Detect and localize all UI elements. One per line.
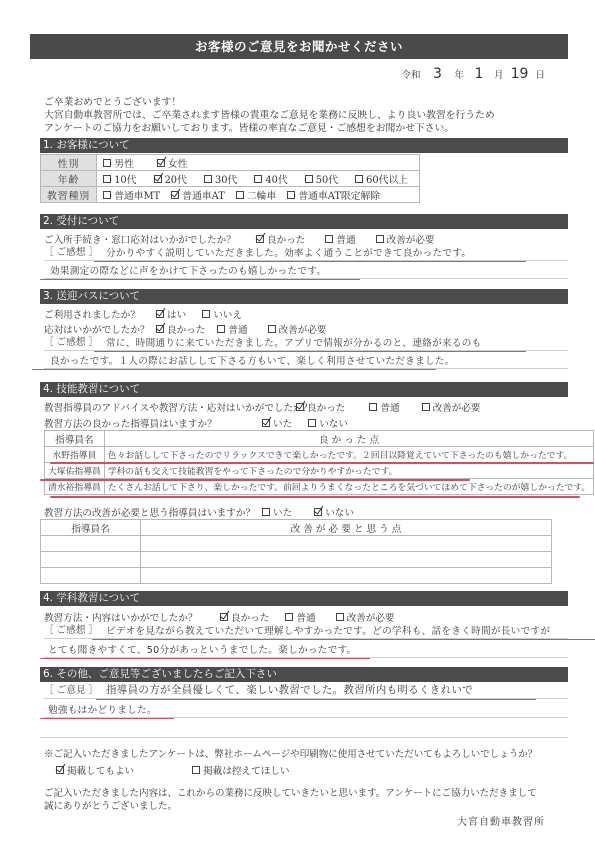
red-underline (96, 699, 536, 701)
handwritten-comment: とても聞きやすくて、50分があっというまでした。楽しかったです。 (48, 642, 357, 656)
checkbox-icon[interactable] (254, 175, 262, 183)
gender-female-option[interactable]: 女性 (157, 156, 188, 170)
red-underline (50, 462, 594, 464)
course-mt-option[interactable]: 普通車MT (103, 188, 160, 202)
table-row (41, 568, 552, 584)
checkbox-checked-icon[interactable] (154, 175, 162, 183)
handwritten-comment: 指導員の方が全員優しくて、楽しい教習でした。教習所内も明るくきれいで (106, 682, 473, 697)
improve-point-cell[interactable] (141, 536, 552, 552)
other-comment-line-2[interactable]: 勉強もはかどりました。 (44, 701, 568, 718)
instructor-name-cell[interactable] (41, 536, 141, 552)
academic-comment-line-1[interactable]: ［ ご感想 ］ ビデオを見ながら教えていただいて理解しやすかったです。どの学科も… (44, 622, 568, 639)
age-60s-plus-option[interactable]: 60代以上 (355, 172, 408, 186)
age-label: 年齢 (41, 171, 97, 187)
gender-row: 性別 男性 女性 (41, 155, 420, 171)
instructor-name-header: 指導員名 (41, 520, 141, 536)
intro-line-2: 大宮自動車教習所では、ご卒業されます皆様の貴重なご意見を業務に反映し、より良い教… (44, 109, 495, 122)
section-4-header: 4. 技能教習について (40, 382, 568, 397)
date-year-unit: 年 (454, 67, 464, 81)
course-at-option[interactable]: 普通車AT (171, 188, 224, 202)
good-instructor-no-option[interactable]: いない (308, 416, 348, 430)
checkbox-icon[interactable] (204, 175, 212, 183)
handwritten-comment: 常に、時間通りに来ていただきました。アプリで情報が分かるのと、連絡が来るのも (106, 335, 482, 349)
instructor-name-cell[interactable] (41, 552, 141, 568)
bus-used-question-row: ご利用されましたか？ はい いいえ (44, 307, 252, 321)
table-header-row: 指導員名 良 か っ た 点 (45, 431, 594, 447)
improve-points-header: 改 善 が 必 要 と 思 う 点 (141, 520, 552, 536)
reception-comment-line-2[interactable]: 効果測定の際などに声をかけて下さったのも嬉しかったです。 (44, 262, 568, 279)
skill-normal-option[interactable]: 普通 (369, 400, 399, 414)
red-underline (40, 279, 360, 281)
checkbox-icon[interactable] (336, 613, 344, 621)
improve-instructor-no-option[interactable]: いない (314, 505, 354, 519)
bus-comment-line-2[interactable]: 良かったです。１人の際にお話しして下さる方もいて、楽しく利用させていただきました… (44, 352, 568, 369)
checkbox-icon[interactable] (355, 175, 363, 183)
checkbox-checked-icon[interactable] (156, 325, 164, 333)
publish-decline-option[interactable]: 掲載は控えてほしい (192, 763, 289, 777)
checkbox-icon[interactable] (369, 403, 377, 411)
checkbox-checked-icon[interactable] (256, 235, 264, 243)
red-underline (50, 496, 580, 498)
age-40s-option[interactable]: 40代 (254, 172, 287, 186)
table-row: 大塚佑指導員 学科の話も交えて技能教習をやって下さったので分かりやすかったです。 (45, 463, 594, 479)
improve-instructor-yes-option[interactable]: いた (262, 505, 292, 519)
thanks-line-1: ご記入いただきました内容は、これからの業務に反映していきたいと思います。アンケー… (44, 787, 537, 800)
divider (40, 737, 568, 738)
table-row: 清水裕指導員 たくさんお話して下さり、楽しかったです。前回よりうまくなったところ… (45, 479, 594, 495)
date-field: 令和 3 年 1 月 19 日 (401, 66, 545, 82)
date-month[interactable]: 1 (464, 66, 494, 82)
age-20s-option[interactable]: 20代 (154, 172, 187, 186)
good-point-cell[interactable]: 色々お話しして下さったのでリラックスできて楽しかったです。２回目以降覚えていて下… (104, 447, 593, 463)
improve-instructor-question: 教習方法の改善が必要と思う指導員はいますか？ (44, 505, 262, 519)
handwritten-comment: 良かったです。１人の際にお話しして下さる方もいて、楽しく利用させていただきました… (50, 353, 455, 367)
bus-used-no-option[interactable]: いいえ (202, 307, 242, 321)
improve-instructor-table: 指導員名 改 善 が 必 要 と 思 う 点 (40, 519, 552, 584)
publish-question: ※ご記入いただきましたアンケートは、弊社ホームページや印刷物に使用させていただい… (44, 748, 537, 761)
gender-male-option[interactable]: 男性 (103, 156, 134, 170)
course-at-limit-release-option[interactable]: 普通車AT限定解除 (287, 188, 380, 202)
age-50s-option[interactable]: 50代 (305, 172, 338, 186)
date-month-unit: 月 (494, 67, 504, 81)
checkbox-icon[interactable] (103, 159, 111, 167)
checkbox-icon[interactable] (305, 175, 313, 183)
checkbox-checked-icon[interactable] (262, 419, 270, 427)
checkbox-checked-icon[interactable] (220, 613, 228, 621)
publish-options-row: 掲載してもよい 掲載は控えてほしい (56, 763, 300, 777)
comment-label: ［ ご感想 ］ (44, 622, 98, 636)
course-type-label: 教習種別 (41, 187, 97, 203)
instructor-name-cell[interactable] (41, 568, 141, 584)
skill-improve-option[interactable]: 改善が必要 (422, 400, 481, 414)
checkbox-icon[interactable] (217, 325, 225, 333)
good-instructor-yes-option[interactable]: いた (262, 416, 292, 430)
good-instructor-question: 教習方法の良かった指導員はいますか？ (44, 416, 262, 430)
checkbox-icon[interactable] (103, 175, 111, 183)
red-underline (40, 718, 174, 720)
section-2-header: 2. 受付について (40, 214, 568, 229)
comment-label: ［ ご感想 ］ (44, 334, 98, 348)
checkbox-icon[interactable] (103, 191, 111, 199)
skill-advice-question: 教習指導員のアドバイスや教習方法・応対はいかがでしたか？ (44, 400, 296, 414)
checkbox-icon[interactable] (308, 419, 316, 427)
instructor-name-cell[interactable]: 水野指導員 (45, 447, 105, 463)
handwritten-comment: ビデオを見ながら教えていただいて理解しやすかったです。どの学科も、話をきく時間が… (106, 623, 550, 637)
checkbox-checked-icon[interactable] (156, 310, 164, 318)
checkbox-icon[interactable] (376, 235, 384, 243)
checkbox-icon[interactable] (202, 310, 210, 318)
bus-used-question: ご利用されましたか？ (44, 307, 156, 321)
red-underline (92, 639, 595, 641)
improve-instructor-question-row: 教習方法の改善が必要と思う指導員はいますか？ いた いない (44, 505, 364, 519)
handwritten-comment: 勉強もはかどりました。 (48, 702, 157, 716)
checkbox-icon[interactable] (192, 766, 200, 774)
publish-allow-option[interactable]: 掲載してもよい (56, 763, 134, 777)
reception-comment-line-1[interactable]: ［ ご感想 ］ 分かりやすく説明していただきました。効率よく通うことができて良か… (44, 244, 568, 261)
improve-point-cell[interactable] (141, 568, 552, 584)
academic-comment-line-2[interactable]: とても聞きやすくて、50分があっというまでした。楽しかったです。 (44, 641, 568, 658)
checkbox-checked-icon[interactable] (314, 508, 322, 516)
section-1-header: 1. お客様について (40, 138, 568, 153)
age-10s-option[interactable]: 10代 (103, 172, 136, 186)
intro-line-1: ご卒業おめでとうございます！ (44, 96, 181, 109)
age-row: 年齢 10代 20代 30代 40代 50代 60代以上 (41, 171, 420, 187)
course-type-row: 教習種別 普通車MT 普通車AT 二輪車 普通車AT限定解除 (41, 187, 420, 203)
other-comment-line-1[interactable]: ［ ご意見 ］ 指導員の方が全員優しくて、楽しい教習でした。教習所内も明るくきれ… (44, 682, 568, 699)
improve-point-cell[interactable] (141, 552, 552, 568)
checkbox-icon[interactable] (422, 403, 430, 411)
comment-label: ［ ご意見 ］ (44, 682, 98, 696)
section-6-header: 6. その他、ご意見等ございましたらご記入下さい (40, 667, 568, 682)
checkbox-checked-icon[interactable] (171, 191, 179, 199)
skill-good-option[interactable]: 良かった (296, 400, 345, 414)
customer-info-table: 性別 男性 女性 年齢 10代 20代 30代 40代 50代 60代以上 教習… (40, 154, 420, 203)
date-era: 令和 (401, 67, 420, 81)
skill-advice-question-row: 教習指導員のアドバイスや教習方法・応対はいかがでしたか？ 良かった 普通 改善が… (44, 400, 491, 414)
checkbox-checked-icon[interactable] (296, 403, 304, 411)
instructor-name-cell[interactable]: 清水裕指導員 (45, 479, 105, 495)
checkbox-icon[interactable] (285, 613, 293, 621)
instructor-name-header: 指導員名 (45, 431, 105, 447)
section-3-header: 3. 送迎バスについて (40, 289, 568, 304)
checkbox-checked-icon[interactable] (56, 766, 64, 774)
date-day-unit: 日 (535, 67, 545, 81)
instructor-name-cell[interactable]: 大塚佑指導員 (45, 463, 105, 479)
good-points-header: 良 か っ た 点 (104, 431, 593, 447)
checkbox-icon[interactable] (236, 191, 244, 199)
red-underline (40, 658, 370, 660)
good-point-cell[interactable]: 学科の話も交えて技能教習をやって下さったので分かりやすかったです。 (104, 463, 593, 479)
handwritten-comment: 効果測定の際などに声をかけて下さったのも嬉しかったです。 (50, 263, 326, 277)
bus-used-yes-option[interactable]: はい (156, 307, 186, 321)
course-motorcycle-option[interactable]: 二輪車 (236, 188, 276, 202)
bus-comment-line-1[interactable]: ［ ご感想 ］ 常に、時間通りに来ていただきました。アプリで情報が分かるのと、連… (44, 334, 568, 351)
date-day[interactable]: 19 (503, 66, 535, 82)
checkbox-icon[interactable] (268, 325, 276, 333)
age-30s-option[interactable]: 30代 (204, 172, 237, 186)
checkbox-icon[interactable] (262, 508, 270, 516)
table-row (41, 552, 552, 568)
table-header-row: 指導員名 改 善 が 必 要 と 思 う 点 (41, 520, 552, 536)
checkbox-icon[interactable] (325, 235, 333, 243)
form-title: お客様のご意見をお聞かせください (30, 34, 568, 59)
signature: 大宮自動車教習所 (457, 813, 545, 828)
comment-label: ［ ご感想 ］ (44, 244, 98, 258)
intro-line-3: アンケートのご協力をお願いしております。皆様の率直なご意見・ご感想をお聞かせ下さ… (44, 122, 454, 135)
table-row (41, 536, 552, 552)
good-instructor-question-row: 教習方法の良かった指導員はいますか？ いた いない (44, 416, 358, 430)
red-underline (40, 479, 470, 481)
gender-label: 性別 (41, 155, 97, 171)
table-row: 水野指導員 色々お話しして下さったのでリラックスできて楽しかったです。２回目以降… (45, 447, 594, 463)
checkbox-icon[interactable] (287, 191, 295, 199)
good-point-cell[interactable]: たくさんお話して下さり、楽しかったです。前回よりうまくなったところを気づいてほめ… (104, 479, 593, 495)
thanks-line-2: 誠にありがとうございました。 (44, 800, 177, 813)
handwritten-comment: 分かりやすく説明していただきました。効率よく通うことができて良かったです。 (106, 245, 471, 259)
red-underline (32, 369, 436, 371)
section-5-header: 4. 学科教習について (40, 591, 568, 606)
checkbox-checked-icon[interactable] (157, 159, 165, 167)
date-year[interactable]: 3 (420, 66, 454, 82)
